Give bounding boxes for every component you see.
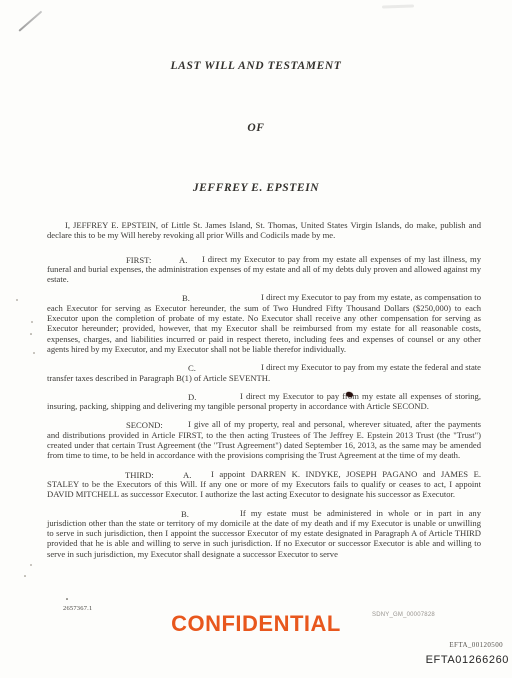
- paragraph-text: I, JEFFREY E. EPSTEIN, of Little St. Jam…: [47, 220, 481, 240]
- scan-speck: [33, 352, 35, 354]
- article-label: SECOND:: [126, 420, 163, 430]
- paragraph-first-d: D.I direct my Executor to pay from my es…: [47, 391, 481, 412]
- tab-lead: B.: [47, 293, 261, 300]
- tab-lead: C.: [47, 363, 261, 370]
- paragraph-text: I direct my Executor to pay from my esta…: [47, 292, 481, 353]
- article-label: THIRD:: [125, 470, 154, 480]
- scan-speck: [16, 299, 18, 301]
- document-title: LAST WILL AND TESTAMENT: [0, 60, 512, 72]
- paragraph-second: SECOND:I give all of my property, real a…: [47, 419, 481, 460]
- scan-speck: [66, 598, 68, 600]
- scan-smudge: [382, 4, 414, 8]
- tab-lead: B.: [47, 509, 240, 516]
- scan-speck: [24, 575, 26, 577]
- article-label: FIRST:: [126, 255, 151, 265]
- document-of: OF: [0, 122, 512, 134]
- scan-speck: [31, 321, 33, 323]
- bates-number-efta-large: EFTA01266260: [426, 654, 509, 666]
- tab-lead: THIRD:A.: [47, 470, 211, 477]
- scan-speck: [30, 564, 32, 566]
- paragraph-first-c: C.I direct my Executor to pay from my es…: [47, 362, 481, 383]
- confidential-stamp: CONFIDENTIAL: [0, 611, 512, 637]
- sub-label: B.: [182, 293, 190, 303]
- paragraph-first-b: B.I direct my Executor to pay from my es…: [47, 292, 481, 354]
- paragraph-third-a: THIRD:A.I appoint DARREN K. INDYKE, JOSE…: [47, 469, 481, 500]
- paragraph-first-a: FIRST:A.I direct my Executor to pay from…: [47, 254, 481, 285]
- sub-label: D.: [188, 392, 196, 402]
- sub-label: B.: [181, 509, 189, 519]
- tab-lead: SECOND:: [47, 420, 188, 427]
- sub-label: A.: [183, 470, 191, 480]
- bates-number-sdny: SDNY_GM_00007828: [372, 612, 435, 618]
- sub-label: C.: [188, 363, 196, 373]
- paragraph-third-b: B.If my estate must be administered in w…: [47, 508, 481, 559]
- tab-lead: D.: [47, 392, 240, 399]
- testator-name: JEFFREY E. EPSTEIN: [0, 182, 512, 194]
- sub-label: A.: [179, 255, 187, 265]
- bates-number-efta-small: EFTA_00120500: [449, 641, 503, 649]
- will-document-page: LAST WILL AND TESTAMENT OF JEFFREY E. EP…: [0, 0, 512, 678]
- document-body: I, JEFFREY E. EPSTEIN, of Little St. Jam…: [47, 220, 481, 567]
- pencil-checkmark: [18, 11, 42, 32]
- tab-lead: FIRST:A.: [47, 255, 202, 262]
- scan-speck: [30, 333, 32, 335]
- paragraph-intro: I, JEFFREY E. EPSTEIN, of Little St. Jam…: [47, 220, 481, 241]
